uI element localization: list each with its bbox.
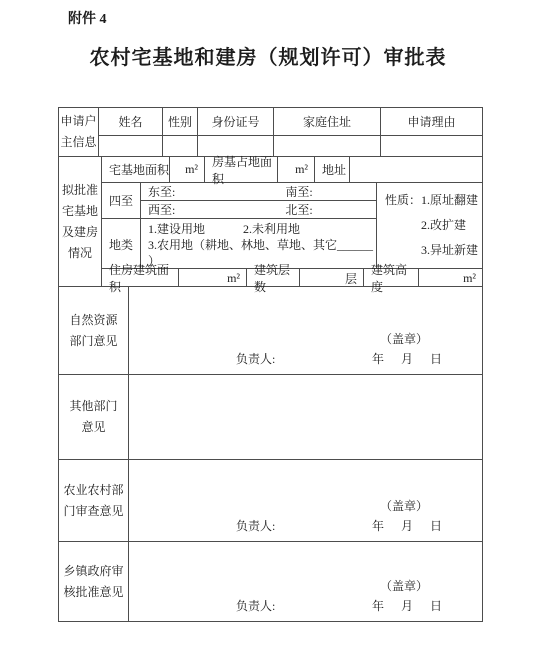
address-value-cell — [349, 157, 482, 182]
nature-line3: 3.异址新建 — [385, 238, 482, 263]
homestead-area-label: 宅基地面积 — [102, 157, 169, 182]
four-boundaries-block: 四至 东至: 南至: 西至: 北至: — [102, 183, 376, 219]
area-row: 宅基地面积 m² 房基占地面积 m² 地址 — [102, 157, 482, 183]
boundary-row-west-north: 西至: 北至: — [141, 201, 376, 218]
date-placeholder: 年 月 日 — [372, 516, 442, 536]
height-unit: m² — [418, 269, 482, 287]
seal-placeholder: （盖章） — [129, 576, 482, 596]
agriculture-review-opinion-section: 农业农村部 门审查意见 （盖章） 负责人: 年 月 日 — [59, 459, 482, 541]
floors-label: 建筑层数 — [246, 269, 299, 287]
applicant-header-row: 姓名 性别 身份证号 家庭住址 申请理由 — [99, 108, 482, 136]
signature-line: 负责人: 年 月 日 — [129, 516, 482, 536]
natural-resources-opinion-cell: （盖章） 负责人: 年 月 日 — [129, 287, 482, 374]
height-label: 建筑高度 — [363, 269, 418, 287]
home-address-value-cell — [273, 136, 380, 156]
floor-area-label: 住房建筑面积 — [102, 269, 178, 287]
agriculture-review-opinion-cell: （盖章） 负责人: 年 月 日 — [129, 460, 482, 541]
year-label: 年 — [372, 349, 384, 369]
floor-area-unit: m² — [178, 269, 246, 287]
document-page: 附件 4 农村宅基地和建房（规划许可）审批表 申请户 主信息 姓名 性别 身份证… — [0, 0, 536, 666]
other-departments-opinion-cell — [129, 375, 482, 459]
agriculture-review-opinion-label: 农业农村部 门审查意见 — [59, 460, 129, 541]
year-label: 年 — [372, 596, 384, 616]
south-label: 南至: — [285, 183, 312, 200]
month-label: 月 — [401, 516, 413, 536]
other-departments-opinion-section: 其他部门 意见 — [59, 374, 482, 459]
address-label: 地址 — [314, 157, 349, 182]
person-in-charge-label: 负责人: — [236, 516, 275, 536]
date-placeholder: 年 月 日 — [372, 596, 442, 616]
homestead-area-unit: m² — [169, 157, 204, 182]
id-number-header: 身份证号 — [197, 108, 273, 135]
name-header: 姓名 — [99, 108, 162, 135]
four-boundaries-label: 四至 — [102, 183, 141, 218]
natural-resources-opinion-label: 自然资源 部门意见 — [59, 287, 129, 374]
west-label: 西至: — [148, 201, 175, 218]
name-value-cell — [99, 136, 162, 156]
north-label: 北至: — [285, 201, 312, 218]
foundation-area-label: 房基占地面积 — [204, 157, 277, 182]
year-label: 年 — [372, 516, 384, 536]
nature-line2: 2.改扩建 — [385, 213, 482, 238]
person-in-charge-label: 负责人: — [236, 349, 275, 369]
east-label: 东至: — [148, 183, 175, 200]
month-label: 月 — [401, 349, 413, 369]
floors-unit: 层 — [299, 269, 363, 287]
nature-cell: 性质：1.原址翻建 2.改扩建 3.异址新建 — [376, 183, 482, 268]
building-row: 住房建筑面积 m² 建筑层数 层 建筑高度 m² — [102, 269, 482, 287]
attachment-label: 附件 4 — [68, 8, 536, 26]
approval-form-table: 申请户 主信息 姓名 性别 身份证号 家庭住址 申请理由 — [58, 107, 483, 622]
reason-header: 申请理由 — [380, 108, 482, 135]
person-in-charge-label: 负责人: — [236, 596, 275, 616]
reason-value-cell — [380, 136, 482, 156]
gender-value-cell — [162, 136, 197, 156]
township-approval-opinion-cell: （盖章） 负责人: 年 月 日 — [129, 542, 482, 621]
date-placeholder: 年 月 日 — [372, 349, 442, 369]
gender-header: 性别 — [162, 108, 197, 135]
applicant-info-section: 申请户 主信息 姓名 性别 身份证号 家庭住址 申请理由 — [59, 108, 482, 156]
natural-resources-opinion-section: 自然资源 部门意见 （盖章） 负责人: 年 月 日 — [59, 286, 482, 374]
nature-line1: 性质：1.原址翻建 — [385, 188, 482, 213]
seal-placeholder: （盖章） — [129, 496, 482, 516]
land-type-item2: 2.未利用地 — [243, 222, 300, 236]
day-label: 日 — [430, 349, 442, 369]
land-type-line1: 1.建设用地 2.未利用地 — [148, 221, 376, 237]
page-title: 农村宅基地和建房（规划许可）审批表 — [0, 41, 536, 69]
home-address-header: 家庭住址 — [273, 108, 380, 135]
foundation-area-unit: m² — [277, 157, 314, 182]
other-departments-opinion-label: 其他部门 意见 — [59, 375, 129, 459]
township-approval-opinion-label: 乡镇政府审 核批准意见 — [59, 542, 129, 621]
day-label: 日 — [430, 516, 442, 536]
signature-line: 负责人: 年 月 日 — [129, 349, 482, 369]
township-approval-opinion-section: 乡镇政府审 核批准意见 （盖章） 负责人: 年 月 日 — [59, 541, 482, 621]
homestead-section-label: 拟批准 宅基地 及建房 情况 — [59, 157, 102, 286]
month-label: 月 — [401, 596, 413, 616]
land-type-item1: 1.建设用地 — [148, 222, 205, 236]
applicant-info-label: 申请户 主信息 — [59, 108, 99, 156]
boundary-row-east-south: 东至: 南至: — [141, 183, 376, 201]
boundaries-landtype-block: 四至 东至: 南至: 西至: 北至: — [102, 183, 482, 269]
day-label: 日 — [430, 596, 442, 616]
seal-placeholder: （盖章） — [129, 329, 482, 349]
applicant-value-row — [99, 136, 482, 156]
homestead-section: 拟批准 宅基地 及建房 情况 宅基地面积 m² 房基占地面积 m² 地址 四至 — [59, 156, 482, 286]
signature-line: 负责人: 年 月 日 — [129, 596, 482, 616]
